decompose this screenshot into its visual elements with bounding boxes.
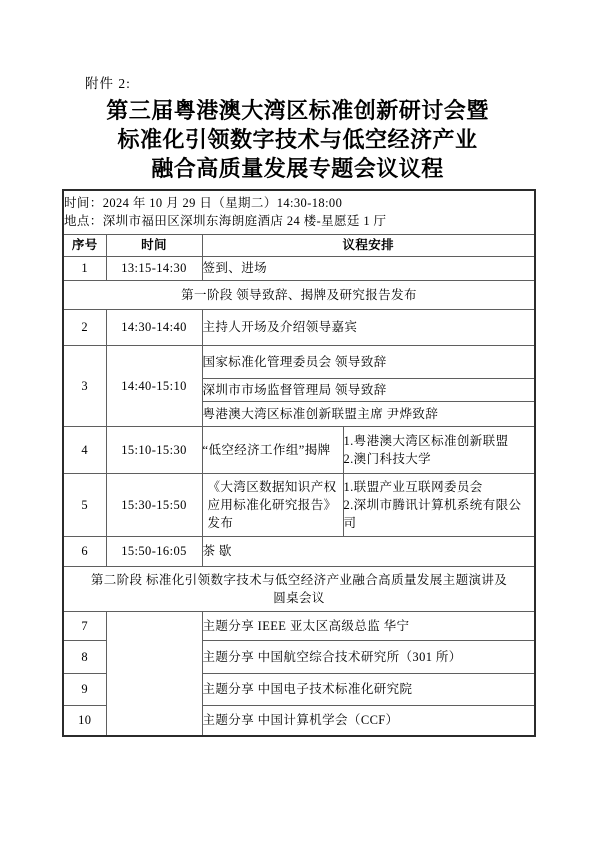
row3-no: 3 (63, 345, 106, 426)
table-row-7: 7 主题分享 IEEE 亚太区高级总监 华宁 (63, 611, 535, 640)
row9-no: 9 (63, 673, 106, 705)
title-line-1: 第三届粤港澳大湾区标准创新研讨会暨 (0, 96, 595, 125)
document-page: 附件 2: 第三届粤港澳大湾区标准创新研讨会暨 标准化引领数字技术与低空经济产业… (0, 0, 595, 841)
meeting-time-label: 时间： (64, 196, 103, 210)
attachment-label: 附件 2: (85, 72, 131, 92)
row5-party-2: 2.深圳市腾讯计算机系统有限公司 (344, 496, 535, 532)
section2-title: 第二阶段 标准化引领数字技术与低空经济产业融合高质量发展主题演讲及 圆桌会议 (63, 566, 535, 611)
table-row-4: 4 15:10-15:30 “低空经济工作组”揭牌 1.粤港澳大湾区标准创新联盟… (63, 426, 535, 473)
row4-no: 4 (63, 426, 106, 473)
row2-time: 14:30-14:40 (106, 309, 202, 345)
row2-no: 2 (63, 309, 106, 345)
row3-agenda-item-2: 深圳市市场监督管理局 领导致辞 (202, 378, 535, 401)
table-row-3: 3 14:40-15:10 国家标准化管理委员会 领导致辞 (63, 345, 535, 378)
row4-parties: 1.粤港澳大湾区标准创新联盟 2.澳门科技大学 (343, 426, 535, 473)
meeting-location-value: 深圳市福田区深圳东海朗庭酒店 24 楼-星愿廷 1 厅 (103, 214, 387, 228)
row4-activity: “低空经济工作组”揭牌 (202, 426, 343, 473)
row7-no: 7 (63, 611, 106, 640)
row6-time: 15:50-16:05 (106, 536, 202, 566)
header-agenda: 议程安排 (202, 234, 535, 256)
meeting-time-value: 2024 年 10 月 29 日（星期二）14:30-18:00 (103, 196, 343, 210)
document-title: 第三届粤港澳大湾区标准创新研讨会暨 标准化引领数字技术与低空经济产业 融合高质量… (0, 96, 595, 183)
header-no: 序号 (63, 234, 106, 256)
row1-time: 13:15-14:30 (106, 256, 202, 280)
section2-line-2: 圆桌会议 (64, 589, 534, 607)
row1-no: 1 (63, 256, 106, 280)
row3-agenda-item-1: 国家标准化管理委员会 领导致辞 (202, 345, 535, 378)
row3-agenda-item-3: 粤港澳大湾区标准创新联盟主席 尹烨致辞 (202, 401, 535, 426)
row3-time: 14:40-15:10 (106, 345, 202, 426)
title-line-3: 融合高质量发展专题会议议程 (0, 154, 595, 183)
table-row-6: 6 15:50-16:05 茶 歇 (63, 536, 535, 566)
meeting-location: 地点：深圳市福田区深圳东海朗庭酒店 24 楼-星愿廷 1 厅 (64, 212, 534, 230)
section1-row: 第一阶段 领导致辞、揭牌及研究报告发布 (63, 280, 535, 309)
row2-agenda: 主持人开场及介绍领导嘉宾 (202, 309, 535, 345)
row5-party-1: 1.联盟产业互联网委员会 (344, 478, 535, 496)
rows7-10-time-empty-cell (106, 611, 202, 736)
meeting-info-cell: 时间：2024 年 10 月 29 日（星期二）14:30-18:00 地点：深… (63, 190, 535, 234)
row9-agenda: 主题分享 中国电子技术标准化研究院 (202, 673, 535, 705)
title-line-2: 标准化引领数字技术与低空经济产业 (0, 125, 595, 154)
table-row-2: 2 14:30-14:40 主持人开场及介绍领导嘉宾 (63, 309, 535, 345)
meeting-time: 时间：2024 年 10 月 29 日（星期二）14:30-18:00 (64, 194, 534, 212)
row10-no: 10 (63, 705, 106, 736)
row7-agenda: 主题分享 IEEE 亚太区高级总监 华宁 (202, 611, 535, 640)
row8-no: 8 (63, 640, 106, 673)
row6-no: 6 (63, 536, 106, 566)
row5-time: 15:30-15:50 (106, 473, 202, 536)
row10-agenda: 主题分享 中国计算机学会（CCF） (202, 705, 535, 736)
row8-agenda: 主题分享 中国航空综合技术研究所（301 所） (202, 640, 535, 673)
row4-party-1: 1.粤港澳大湾区标准创新联盟 (344, 432, 535, 450)
row4-party-2: 2.澳门科技大学 (344, 450, 535, 468)
header-row: 序号 时间 议程安排 (63, 234, 535, 256)
table-row-5: 5 15:30-15:50 《大湾区数据知识产权应用标准化研究报告》发布 1.联… (63, 473, 535, 536)
row5-parties: 1.联盟产业互联网委员会 2.深圳市腾讯计算机系统有限公司 (343, 473, 535, 536)
section2-row: 第二阶段 标准化引领数字技术与低空经济产业融合高质量发展主题演讲及 圆桌会议 (63, 566, 535, 611)
row1-agenda: 签到、进场 (202, 256, 535, 280)
section1-title: 第一阶段 领导致辞、揭牌及研究报告发布 (63, 280, 535, 309)
agenda-table: 时间：2024 年 10 月 29 日（星期二）14:30-18:00 地点：深… (62, 189, 536, 737)
row5-activity: 《大湾区数据知识产权应用标准化研究报告》发布 (202, 473, 343, 536)
row4-time: 15:10-15:30 (106, 426, 202, 473)
info-row: 时间：2024 年 10 月 29 日（星期二）14:30-18:00 地点：深… (63, 190, 535, 234)
section2-line-1: 第二阶段 标准化引领数字技术与低空经济产业融合高质量发展主题演讲及 (64, 571, 534, 589)
row6-agenda: 茶 歇 (202, 536, 535, 566)
row5-no: 5 (63, 473, 106, 536)
header-time: 时间 (106, 234, 202, 256)
meeting-location-label: 地点： (64, 214, 103, 228)
table-row-1: 1 13:15-14:30 签到、进场 (63, 256, 535, 280)
